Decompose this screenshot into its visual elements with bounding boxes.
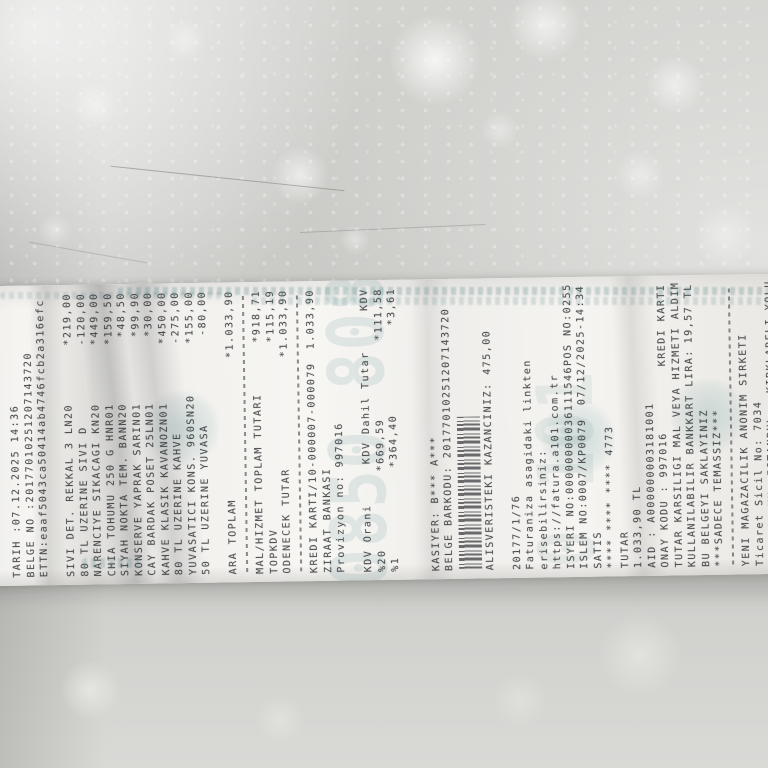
line-left-text: TUTAR: [619, 531, 631, 569]
line-middle-text: *364,40: [388, 415, 400, 468]
line-middle-text: KDV Dahil Tutar: [360, 351, 373, 464]
line-left-text: SIVI DET. REKKAL 3 LN20: [64, 404, 78, 577]
line-left-text: 50 TL UZERINE YUVASA: [199, 424, 212, 575]
line-left-text: CHIA TOHUMU 250 G HNR01: [104, 403, 118, 576]
dashed-separator: [728, 285, 734, 565]
line-left-text: KAHVE KLASIK KAVANOZN01: [158, 402, 172, 575]
line-right-text: *111,58: [373, 288, 385, 341]
line-left-text: ARA TOPLAM: [227, 499, 239, 574]
edge-preprint-top-row2: [252, 297, 768, 305]
line-right-text: *219,00: [62, 293, 74, 346]
edge-preprint-bottom: [82, 558, 140, 568]
line-left-text: TOPKDV: [268, 529, 280, 574]
line-right-text: -120,00: [76, 293, 88, 346]
line-left-text: ***SADECE TEMASSIZ***: [712, 409, 725, 567]
line-left-text: 80 TL UZERINE SIVI D: [78, 426, 91, 577]
line-right-text: *450,00: [157, 291, 169, 344]
line-right-text: -275,00: [170, 291, 182, 344]
line-left-text: CAY BARDAK POSET 25LN01: [145, 403, 159, 576]
line-right-text: *159,50: [103, 292, 115, 345]
line-left-text: ONAY KODU : 997016: [658, 432, 671, 568]
line-left-text: KDV Orani: [362, 504, 374, 572]
line-left-text: NARENCIYE SIKACAGI KN20: [91, 403, 105, 576]
barcode-bars: [456, 417, 481, 569]
line-left-text: erisebilirsiniz:: [537, 449, 550, 569]
line-left-text: %1: [390, 557, 401, 572]
line-left-text: 1.033,90 TL: [632, 485, 644, 568]
line-left-text: TARIH :07.12.2025 14:36: [10, 405, 24, 578]
line-left-text: %20: [377, 549, 388, 572]
line-left-text: BU BELGEYI SAKLAYINIZ: [698, 409, 711, 567]
line-left-text: SATIS: [592, 531, 604, 569]
line-left-text: ISLEM NO:0007/KP0079: [577, 418, 590, 569]
line-left-text: Ticaret Sicil No: 7034: [752, 401, 766, 567]
line-left-text: KASIYER: B*** A***: [429, 436, 442, 572]
line-left-text: KONSERVE YAPRAK SARIN01: [131, 403, 145, 576]
line-middle-text: *669,59: [375, 419, 387, 472]
dashed-separator: [242, 292, 248, 572]
line-right-text: KREDI KARTI: [656, 284, 668, 367]
receipt-paper: 0850 808 0 101 TARIH :07.12.2025 14:36BE…: [0, 273, 768, 586]
line-left-text: ZIRAAT BANKASI: [321, 468, 334, 573]
line-right-text: *449,00: [89, 292, 101, 345]
line-left-text: **** **** **** 4773: [604, 425, 617, 568]
table-speckle-texture: [0, 0, 768, 290]
line-left-text: ODENECEK TUTAR: [281, 468, 294, 573]
receipt-printed-text: TARIH :07.12.2025 14:36BELGE NO :2017701…: [7, 282, 768, 578]
receipt-photo-scene: 0850 808 0 101 TARIH :07.12.2025 14:36BE…: [0, 0, 768, 768]
line-left-text: 20177/1/76: [511, 495, 523, 570]
line-left-text: 80 TL UZERINE KAHVE: [172, 432, 185, 575]
line-left-text: Provizyon no: 997016: [334, 422, 347, 573]
dashed-separator: [296, 291, 302, 571]
line-right-text: *1.033,90: [224, 290, 236, 358]
edge-preprint-top-left: [0, 292, 228, 299]
line-left-text: AID : A000000003181001: [644, 402, 658, 568]
